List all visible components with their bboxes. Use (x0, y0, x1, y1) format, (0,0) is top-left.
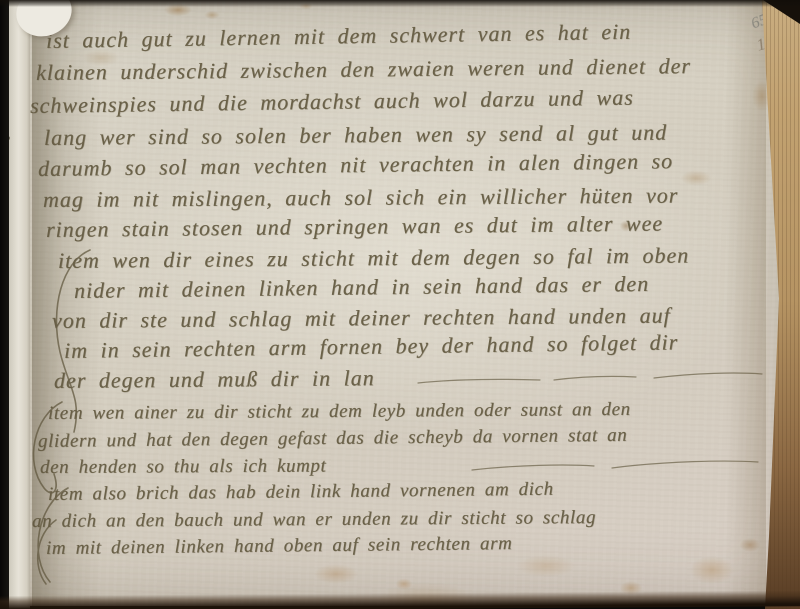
manuscript-line: der degen und muß dir in lan (54, 365, 375, 394)
manuscript-line: nider mit deinen linken hand in sein han… (74, 271, 649, 304)
manuscript-line: darumb so sol man vechten nit verachten … (38, 148, 673, 182)
manuscript-line: item wen dir eines zu sticht mit dem deg… (58, 242, 689, 274)
facing-page-edge (9, 0, 30, 609)
manuscript-line: ringen stain stosen und springen wan es … (46, 211, 663, 243)
manuscript-line: an dich an den bauch und wan er unden zu… (32, 507, 596, 533)
manuscript-line: schweinspies und die mordachst auch wol … (30, 85, 634, 119)
manuscript-line: item wen ainer zu dir sticht zu dem leyb… (48, 399, 631, 425)
manuscript-line: im in sein rechten arm fornen bey der ha… (64, 329, 679, 364)
photo-border-top (0, 0, 800, 7)
manuscript-line: mag im nit mislingen, auch sol sich ein … (43, 183, 679, 213)
manuscript-line: lang wer sind so solen ber haben wen sy … (44, 120, 667, 151)
manuscript-photo: ist auch gut zu lernen mit dem schwert v… (0, 0, 800, 609)
manuscript-line: ist auch gut zu lernen mit dem schwert v… (46, 19, 632, 54)
manuscript-page: ist auch gut zu lernen mit dem schwert v… (6, 0, 800, 606)
manuscript-line: von dir ste und schlag mit deiner rechte… (52, 303, 671, 334)
manuscript-line: item also brich das hab dein link hand v… (48, 479, 554, 506)
manuscript-text-block: ist auch gut zu lernen mit dem schwert v… (6, 0, 800, 606)
manuscript-line: glidern und hat den degen gefast das die… (38, 425, 628, 453)
photo-border-left (0, 0, 9, 609)
manuscript-line: den henden so thu als ich kumpt (40, 456, 327, 479)
manuscript-line: im mit deinen linken hand oben auf sein … (46, 533, 513, 560)
manuscript-line: klainen underschid zwischen den zwaien w… (36, 53, 691, 86)
